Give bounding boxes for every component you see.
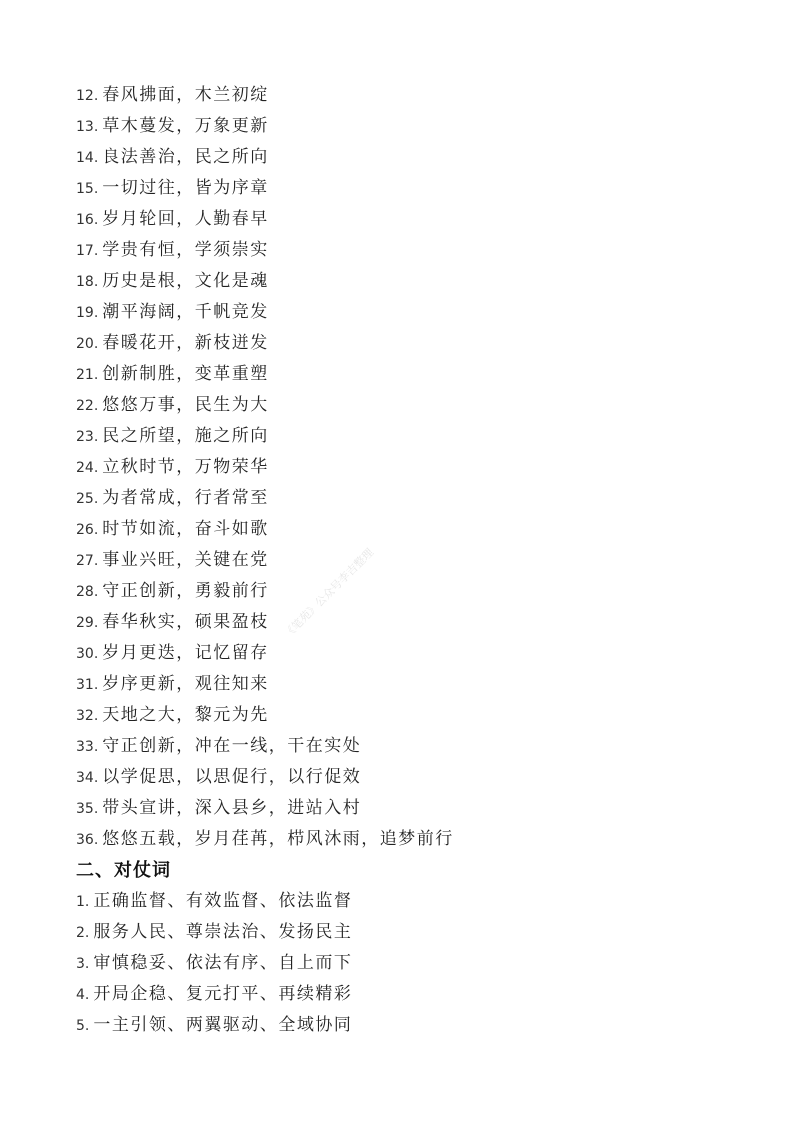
item-text: 春华秋实，硕果盈枝 xyxy=(102,612,269,632)
item-number: 4. xyxy=(76,987,89,1003)
list-item: 4.开局企稳、复元打平、再续精彩 xyxy=(76,979,736,1010)
document-content: 12.春风拂面，木兰初绽 13.草木蔓发，万象更新 14.良法善治，民之所向 1… xyxy=(76,80,736,1041)
item-text: 立秋时节，万物荣华 xyxy=(102,457,269,477)
document-page: 12.春风拂面，木兰初绽 13.草木蔓发，万象更新 14.良法善治，民之所向 1… xyxy=(0,0,794,1122)
item-number: 25. xyxy=(76,491,98,507)
list-item: 36.悠悠五载，岁月荏苒，栉风沐雨，追梦前行 xyxy=(76,824,736,855)
list-item: 20.春暖花开，新枝迸发 xyxy=(76,328,736,359)
item-text: 民之所望，施之所向 xyxy=(102,426,269,446)
list-item: 1.正确监督、有效监督、依法监督 xyxy=(76,886,736,917)
item-text: 潮平海阔，千帆竞发 xyxy=(102,302,269,322)
item-text: 守正创新，冲在一线，干在实处 xyxy=(102,736,361,756)
item-text: 审慎稳妥、依法有序、自上而下 xyxy=(93,953,352,973)
item-text: 为者常成，行者常至 xyxy=(102,488,269,508)
list-item: 15.一切过往，皆为序章 xyxy=(76,173,736,204)
list-item: 26.时节如流，奋斗如歌 xyxy=(76,514,736,545)
item-text: 正确监督、有效监督、依法监督 xyxy=(93,891,352,911)
list-item: 32.天地之大，黎元为先 xyxy=(76,700,736,731)
item-number: 32. xyxy=(76,708,98,724)
item-number: 18. xyxy=(76,274,98,290)
list-item: 24.立秋时节，万物荣华 xyxy=(76,452,736,483)
item-number: 30. xyxy=(76,646,98,662)
item-text: 天地之大，黎元为先 xyxy=(102,705,269,725)
list-item: 27.事业兴旺，关键在党 xyxy=(76,545,736,576)
item-number: 33. xyxy=(76,739,98,755)
item-number: 35. xyxy=(76,801,98,817)
item-text: 岁月轮回，人勤春早 xyxy=(102,209,269,229)
item-number: 31. xyxy=(76,677,98,693)
item-number: 3. xyxy=(76,956,89,972)
list-item: 35.带头宣讲，深入县乡，进站入村 xyxy=(76,793,736,824)
item-text: 悠悠万事，民生为大 xyxy=(102,395,269,415)
item-number: 22. xyxy=(76,398,98,414)
item-number: 15. xyxy=(76,181,98,197)
item-text: 岁序更新，观往知来 xyxy=(102,674,269,694)
item-number: 26. xyxy=(76,522,98,538)
list-item: 28.守正创新，勇毅前行 xyxy=(76,576,736,607)
item-number: 14. xyxy=(76,150,98,166)
item-text: 守正创新，勇毅前行 xyxy=(102,581,269,601)
item-text: 草木蔓发，万象更新 xyxy=(102,116,269,136)
list-item: 33.守正创新，冲在一线，干在实处 xyxy=(76,731,736,762)
item-text: 春风拂面，木兰初绽 xyxy=(102,85,269,105)
item-text: 学贵有恒，学须崇实 xyxy=(102,240,269,260)
list-item: 13.草木蔓发，万象更新 xyxy=(76,111,736,142)
item-number: 21. xyxy=(76,367,98,383)
list-item: 5.一主引领、两翼驱动、全域协同 xyxy=(76,1010,736,1041)
list-item: 2.服务人民、尊崇法治、发扬民主 xyxy=(76,917,736,948)
item-number: 13. xyxy=(76,119,98,135)
item-number: 19. xyxy=(76,305,98,321)
item-text: 悠悠五载，岁月荏苒，栉风沐雨，追梦前行 xyxy=(102,829,454,849)
item-number: 17. xyxy=(76,243,98,259)
list-item: 18.历史是根，文化是魂 xyxy=(76,266,736,297)
list-item: 25.为者常成，行者常至 xyxy=(76,483,736,514)
list-item: 31.岁序更新，观往知来 xyxy=(76,669,736,700)
list-item: 22.悠悠万事，民生为大 xyxy=(76,390,736,421)
item-text: 一主引领、两翼驱动、全域协同 xyxy=(93,1015,352,1035)
list-item: 16.岁月轮回，人勤春早 xyxy=(76,204,736,235)
item-text: 一切过往，皆为序章 xyxy=(102,178,269,198)
list-item: 3.审慎稳妥、依法有序、自上而下 xyxy=(76,948,736,979)
item-number: 16. xyxy=(76,212,98,228)
list-item: 19.潮平海阔，千帆竞发 xyxy=(76,297,736,328)
item-number: 2. xyxy=(76,925,89,941)
item-text: 春暖花开，新枝迸发 xyxy=(102,333,269,353)
item-text: 事业兴旺，关键在党 xyxy=(102,550,269,570)
list-item: 14.良法善治，民之所向 xyxy=(76,142,736,173)
item-text: 岁月更迭，记忆留存 xyxy=(102,643,269,663)
list-item: 12.春风拂面，木兰初绽 xyxy=(76,80,736,111)
list-item: 21.创新制胜，变革重塑 xyxy=(76,359,736,390)
item-text: 良法善治，民之所向 xyxy=(102,147,269,167)
list-item: 34.以学促思，以思促行，以行促效 xyxy=(76,762,736,793)
list-item: 17.学贵有恒，学须崇实 xyxy=(76,235,736,266)
item-number: 27. xyxy=(76,553,98,569)
list-item: 30.岁月更迭，记忆留存 xyxy=(76,638,736,669)
item-number: 36. xyxy=(76,832,98,848)
item-number: 28. xyxy=(76,584,98,600)
list-item: 23.民之所望，施之所向 xyxy=(76,421,736,452)
item-number: 20. xyxy=(76,336,98,352)
item-number: 12. xyxy=(76,88,98,104)
item-number: 24. xyxy=(76,460,98,476)
item-text: 服务人民、尊崇法治、发扬民主 xyxy=(93,922,352,942)
item-text: 创新制胜，变革重塑 xyxy=(102,364,269,384)
item-number: 34. xyxy=(76,770,98,786)
item-text: 时节如流，奋斗如歌 xyxy=(102,519,269,539)
list-item: 29.春华秋实，硕果盈枝 xyxy=(76,607,736,638)
item-number: 23. xyxy=(76,429,98,445)
item-text: 带头宣讲，深入县乡，进站入村 xyxy=(102,798,361,818)
item-number: 29. xyxy=(76,615,98,631)
item-text: 以学促思，以思促行，以行促效 xyxy=(102,767,361,787)
item-text: 开局企稳、复元打平、再续精彩 xyxy=(93,984,352,1004)
item-number: 5. xyxy=(76,1018,89,1034)
item-text: 历史是根，文化是魂 xyxy=(102,271,269,291)
item-number: 1. xyxy=(76,894,89,910)
section-heading: 二、对仗词 xyxy=(76,855,736,886)
